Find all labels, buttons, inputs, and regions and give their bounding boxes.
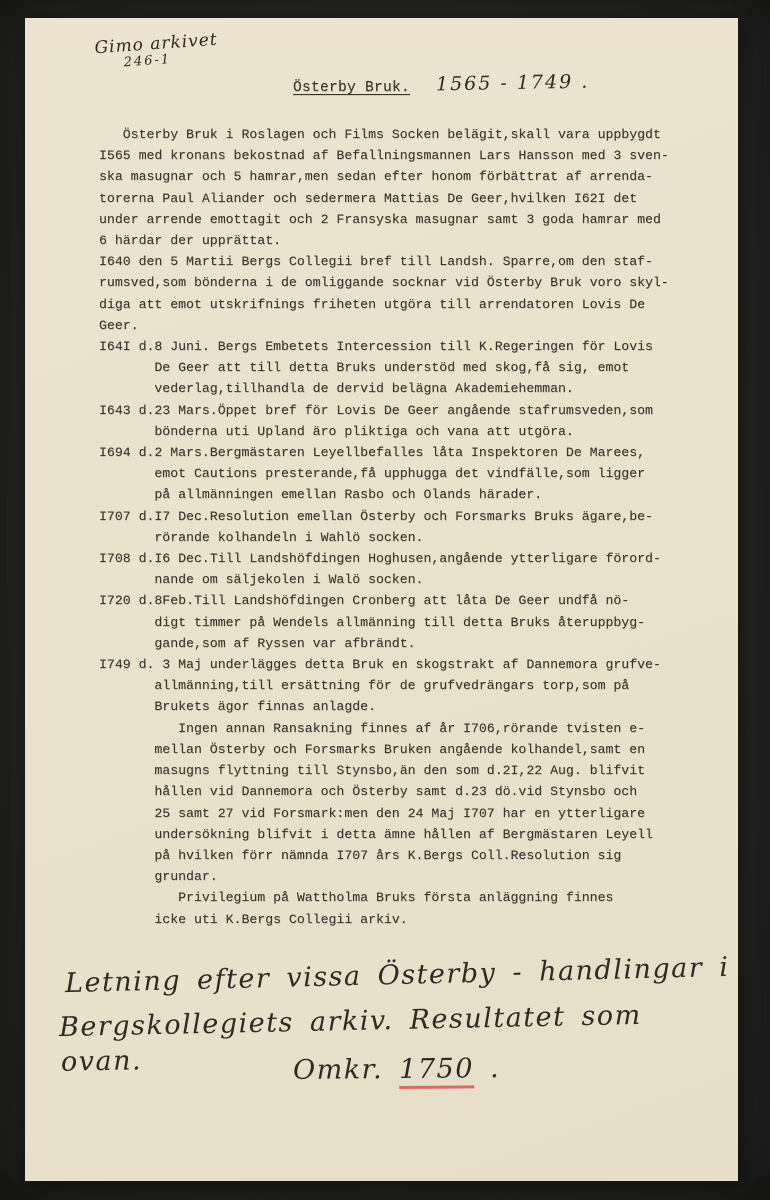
document-paper: Gimo arkivet 246-1 Österby Bruk.1565 - 1…	[25, 18, 738, 1181]
footer-note-year-underlined: 1750	[399, 1053, 474, 1089]
footer-note-line1: Letning efter vissa Österby - handlingar…	[65, 952, 730, 999]
footer-note-date-suffix: .	[474, 1053, 500, 1084]
document-title-row: Österby Bruk.1565 - 1749 .	[293, 74, 589, 96]
scanned-page-background: Gimo arkivet 246-1 Österby Bruk.1565 - 1…	[0, 0, 770, 1200]
footer-note-date: Omkr. 1750 .	[293, 1053, 500, 1086]
footer-note-line2: Bergskollegiets arkiv. Resultatet som	[59, 1000, 642, 1043]
footer-note-line3: ovan.	[61, 1045, 143, 1077]
archive-stamp: Gimo arkivet 246-1	[94, 30, 219, 73]
title-year-range-handwritten: 1565 - 1749 .	[436, 71, 590, 96]
footer-note-date-prefix: Omkr.	[293, 1054, 399, 1086]
typed-document-body: Österby Bruk i Roslagen och Films Socken…	[99, 124, 699, 930]
document-title: Österby Bruk.	[293, 80, 410, 96]
